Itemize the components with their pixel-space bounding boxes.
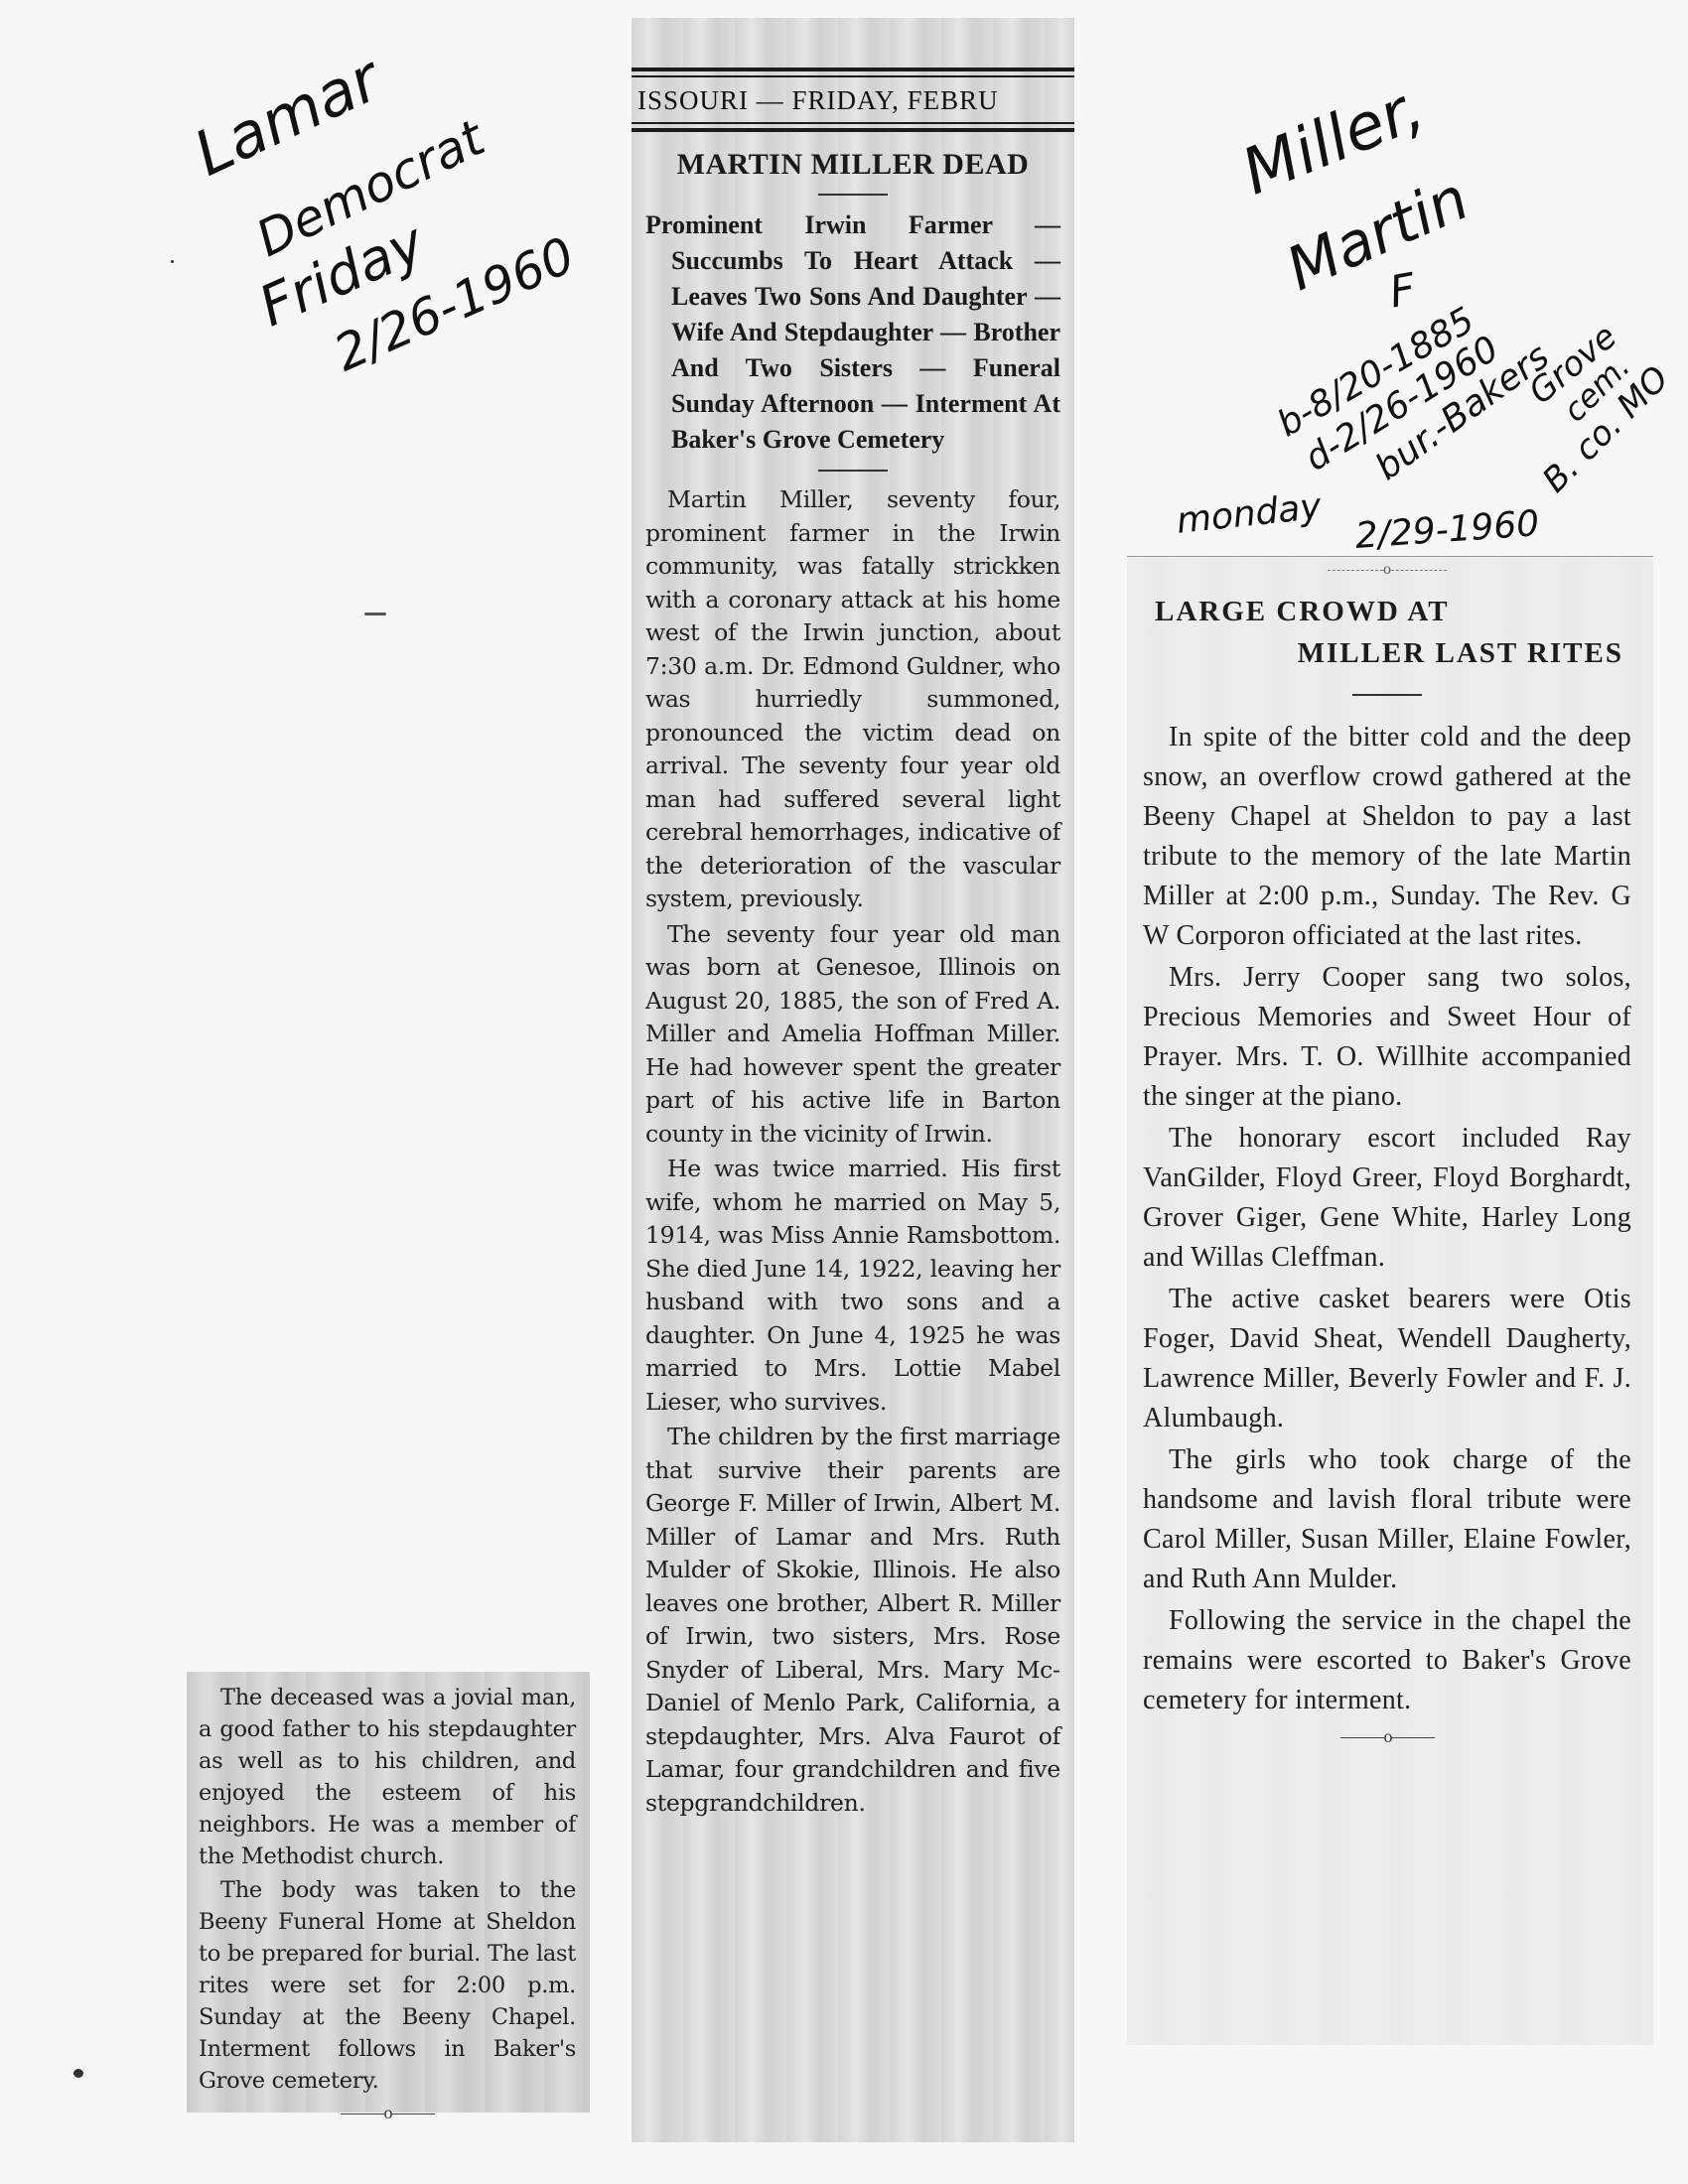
obituary-paragraph: Martin Miller, seventy four, prominent f…	[645, 483, 1060, 916]
obituary-paragraph: The seventy four year old man was born a…	[645, 918, 1060, 1152]
report-paragraph: The active casket bearers were Otis Foge…	[1143, 1280, 1631, 1438]
report-paragraph: The girls who took charge of the handsom…	[1143, 1440, 1631, 1599]
headline-line-2: MILLER LAST RITES	[1143, 632, 1631, 674]
report-paragraph: The honorary escort included Ray VanGild…	[1143, 1119, 1631, 1278]
obituary-paragraph: He was twice married. His first wife, wh…	[645, 1153, 1060, 1419]
funeral-report-headline: LARGE CROWD AT MILLER LAST RITES	[1143, 591, 1631, 674]
scan-speck	[364, 613, 386, 615]
funeral-report-clipping: o LARGE CROWD AT MILLER LAST RITES In sp…	[1127, 556, 1653, 2045]
top-mark: o	[1143, 561, 1631, 579]
continuation-body: The deceased was a jovial man, a good fa…	[199, 1682, 576, 2097]
divider-rule	[1352, 694, 1422, 696]
newspaper-dateline-bar: ISSOURI — FRIDAY, FEBRU	[632, 68, 1074, 132]
continuation-paragraph: The deceased was a jovial man, a good fa…	[199, 1682, 576, 1872]
newspaper-dateline: ISSOURI — FRIDAY, FEBRU	[637, 85, 1074, 116]
continuation-paragraph: The body was taken to the Beeny Funeral …	[199, 1874, 576, 2097]
handwriting-initial: F	[1386, 264, 1420, 319]
report-paragraph: Mrs. Jerry Cooper sang two solos, Precio…	[1143, 958, 1631, 1117]
scan-speck	[171, 260, 174, 263]
funeral-report-body: In spite of the bitter cold and the deep…	[1143, 718, 1631, 1720]
report-paragraph: Following the service in the chapel the …	[1143, 1601, 1631, 1720]
end-mark: o	[1143, 1726, 1631, 1747]
obituary-clipping: ISSOURI — FRIDAY, FEBRU MARTIN MILLER DE…	[632, 18, 1074, 2142]
obituary-paragraph: The children by the first mar­riage that…	[645, 1421, 1060, 1820]
end-mark: o	[199, 2103, 576, 2123]
divider-rule	[818, 470, 888, 472]
obituary-body: Martin Miller, seventy four, prominent f…	[645, 483, 1060, 1820]
divider-rule	[818, 194, 888, 196]
handwriting-date: 2/29-1960	[1354, 503, 1541, 557]
scan-speck	[73, 2069, 83, 2078]
obituary-headline: MARTIN MILLER DEAD	[645, 148, 1060, 182]
obituary-subheadline: Prominent Irwin Farmer — Succumbs To Hea…	[645, 207, 1060, 458]
obituary-continuation-clipping: The deceased was a jovial man, a good fa…	[187, 1672, 590, 2113]
report-paragraph: In spite of the bitter cold and the deep…	[1143, 718, 1631, 956]
headline-line-1: LARGE CROWD AT	[1143, 591, 1631, 632]
handwriting-day: monday	[1175, 486, 1324, 542]
